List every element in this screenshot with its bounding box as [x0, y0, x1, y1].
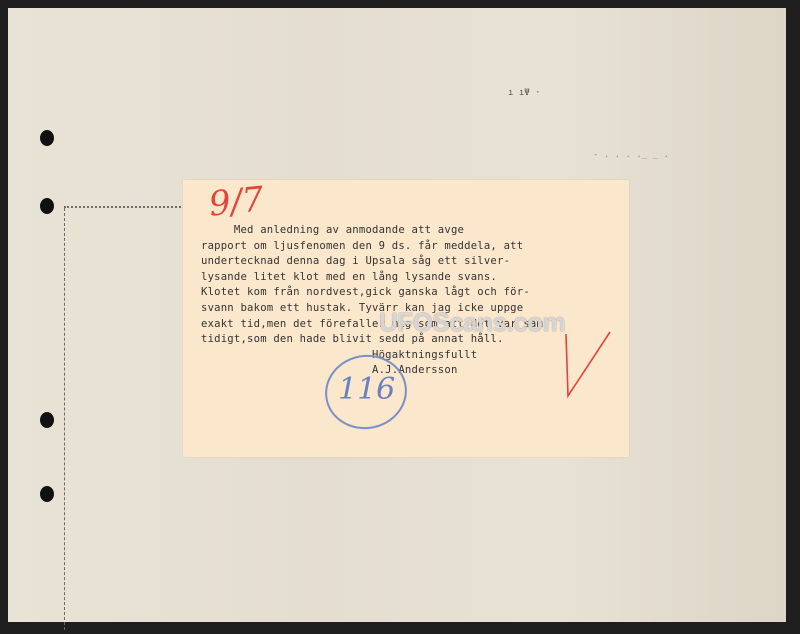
typed-line: Med anledning av anmodande att avge — [201, 224, 464, 236]
binder-hole — [40, 412, 54, 428]
typed-line: Klotet kom från nordvest,gick ganska låg… — [201, 286, 530, 298]
binder-hole — [40, 486, 54, 502]
faint-type-mark: ı ıΨ · — [508, 88, 541, 98]
faint-type-mark: - . . . ._ _ . — [593, 150, 669, 160]
typed-line: lysande litet klot med en lång lysande s… — [201, 271, 497, 283]
typed-line: rapport om ljusfenomen den 9 ds. får med… — [201, 240, 523, 252]
binder-sheet: ı ıΨ · - . . . ._ _ . 9/7 Med anledning … — [8, 8, 786, 622]
watermark: UFOScans.com — [379, 307, 565, 338]
dotted-guide-line — [64, 206, 192, 208]
typed-line: undertecknad denna dag i Upsala såg ett … — [201, 255, 510, 267]
handwritten-date-note: 9/7 — [207, 179, 266, 225]
red-check-mark-icon — [558, 330, 618, 400]
blue-circled-number: 116 — [338, 372, 395, 407]
binder-hole — [40, 198, 54, 214]
perforation-line — [64, 208, 65, 630]
binder-hole — [40, 130, 54, 146]
report-card: 9/7 Med anledning av anmodande att avge … — [183, 180, 629, 457]
